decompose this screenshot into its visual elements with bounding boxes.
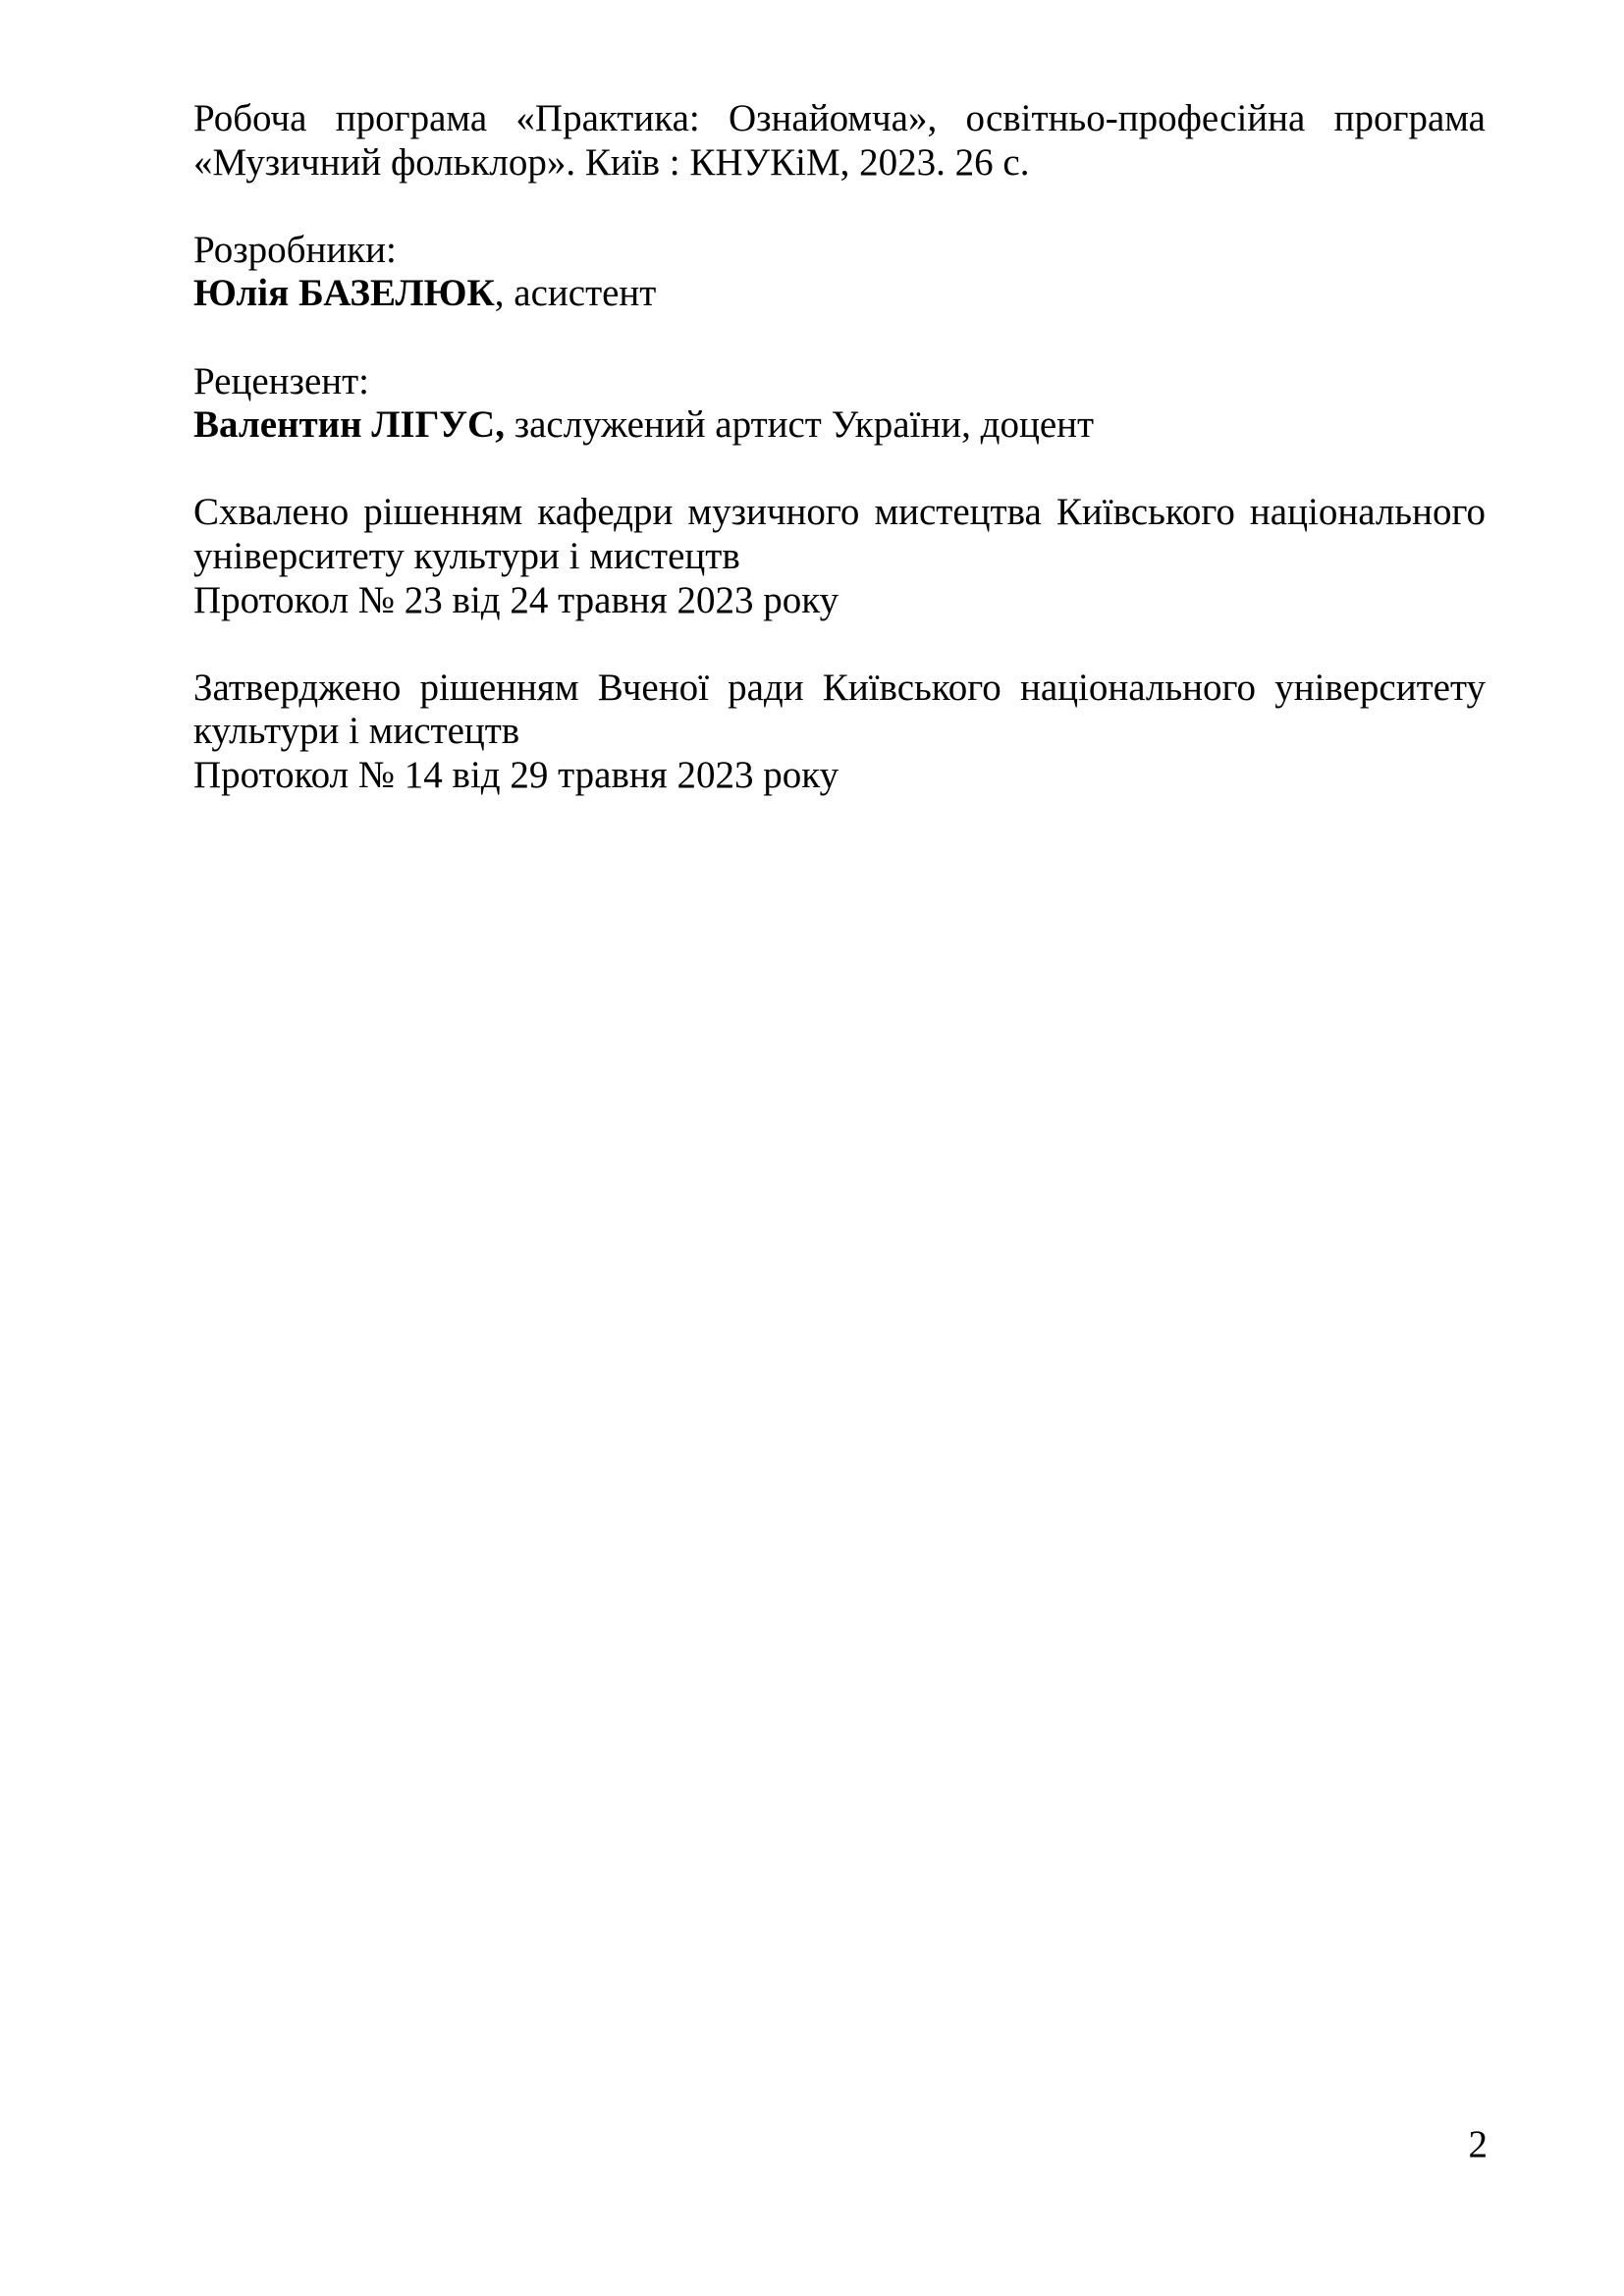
department-protocol: Протокол № 23 від 24 травня 2023 року <box>193 579 1486 623</box>
council-protocol: Протокол № 14 від 29 травня 2023 року <box>193 754 1486 798</box>
department-approval-line-2: університету культури і мистецтв <box>193 535 1486 579</box>
developer-name: Юлія БАЗЕЛЮК <box>193 272 495 314</box>
citation-paragraph: Робоча програма «Практика: Ознайомча», о… <box>193 97 1486 185</box>
reviewer-role: заслужений артист України, доцент <box>505 403 1094 446</box>
citation-line-1: Робоча програма «Практика: Ознайомча», о… <box>193 97 1486 141</box>
reviewer-entry: Валентин ЛІГУС, заслужений артист Україн… <box>193 403 1486 448</box>
developer-role: , асистент <box>495 272 657 314</box>
department-approval-section: Схвалено рішенням кафедри музичного мист… <box>193 491 1486 622</box>
citation-line-2: «Музичний фольклор». Київ : КНУКіМ, 2023… <box>193 141 1486 186</box>
reviewer-name: Валентин ЛІГУС, <box>193 403 505 446</box>
document-page: Робоча програма «Практика: Ознайомча», о… <box>0 0 1624 2296</box>
council-approval-line-2: культури і мистецтв <box>193 710 1486 754</box>
department-approval-line-1: Схвалено рішенням кафедри музичного мист… <box>193 491 1486 535</box>
reviewer-section: Рецензент: Валентин ЛІГУС, заслужений ар… <box>193 360 1486 448</box>
council-approval-line-1: Затверджено рішенням Вченої ради Київськ… <box>193 667 1486 711</box>
reviewer-label: Рецензент: <box>193 360 1486 404</box>
developers-label: Розробники: <box>193 229 1486 273</box>
page-content: Робоча програма «Практика: Ознайомча», о… <box>193 97 1486 841</box>
page-number: 2 <box>1469 2123 1489 2167</box>
developer-entry: Юлія БАЗЕЛЮК, асистент <box>193 272 1486 316</box>
council-approval-section: Затверджено рішенням Вченої ради Київськ… <box>193 667 1486 798</box>
developers-section: Розробники: Юлія БАЗЕЛЮК, асистент <box>193 229 1486 316</box>
